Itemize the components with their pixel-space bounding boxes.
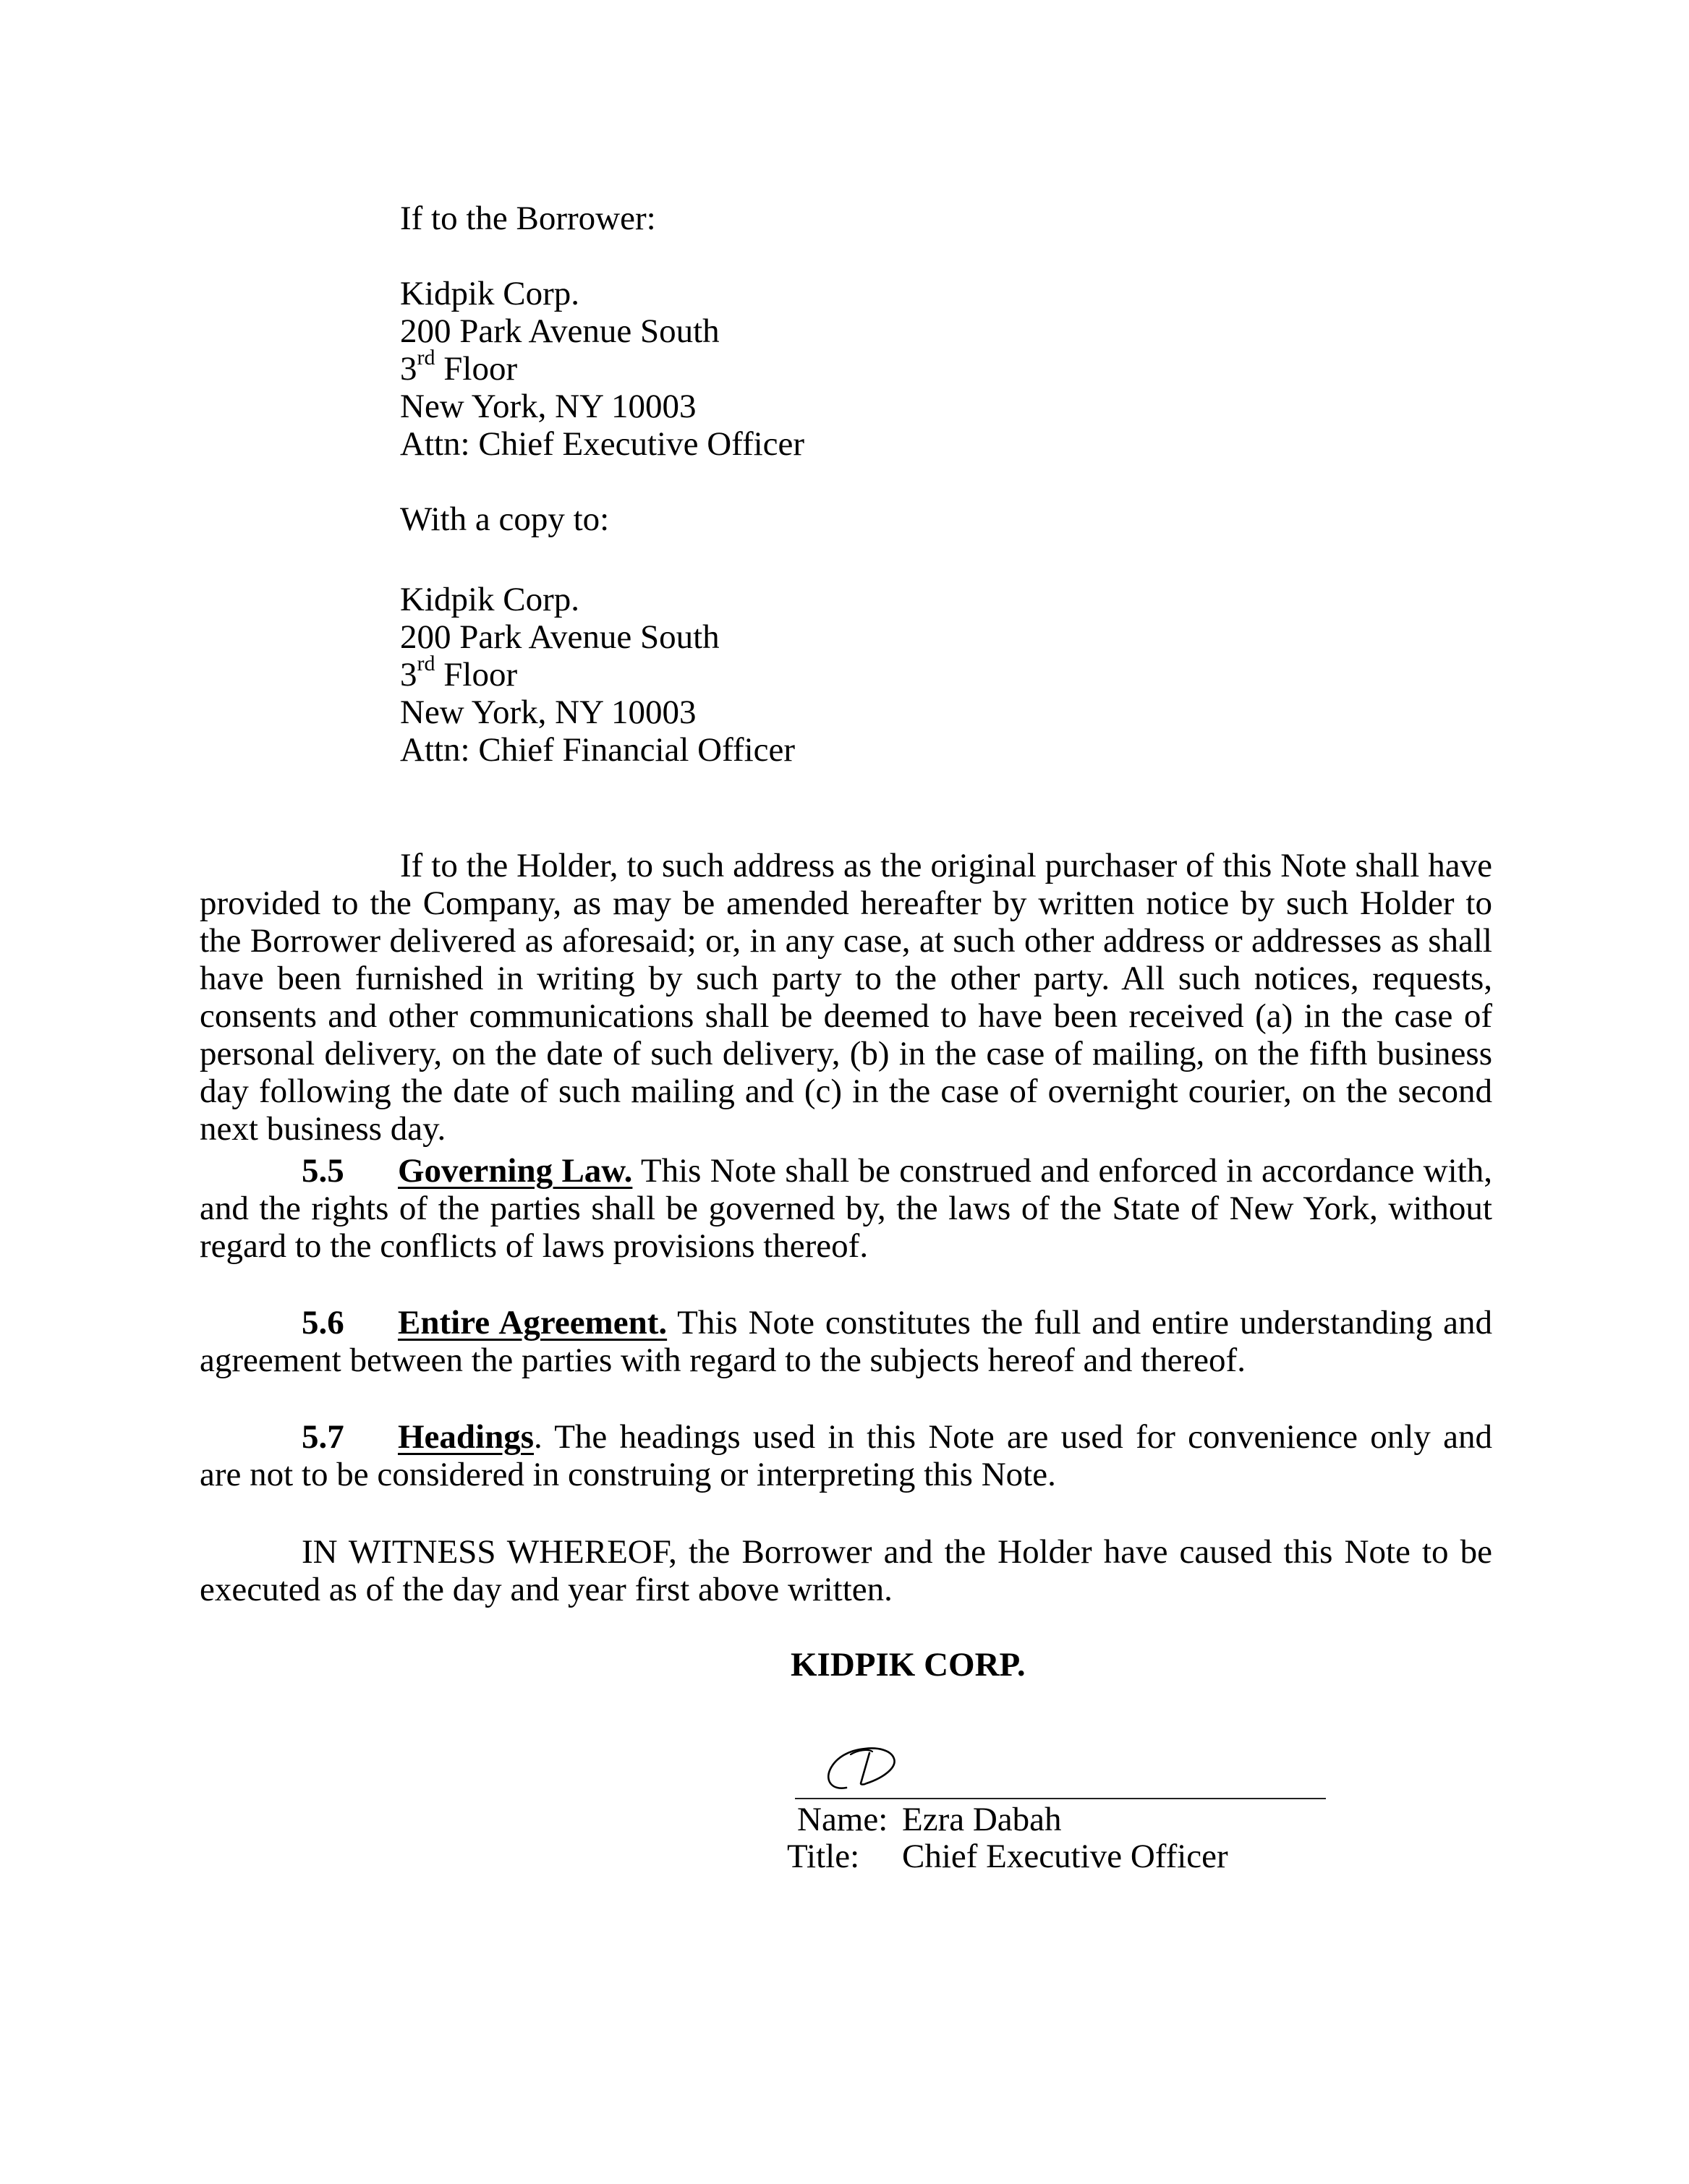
borrower-address: Kidpik Corp. 200 Park Avenue South 3rd F… [400,275,804,463]
floor-number: 3 [400,350,417,388]
section-heading: Governing Law. [398,1152,632,1190]
handwritten-signature-icon [825,1743,904,1793]
address-city-state-zip: New York, NY 10003 [400,694,795,731]
section-governing-law: 5.5Governing Law. This Note shall be con… [200,1152,1492,1265]
floor-number: 3 [400,656,417,694]
floor-word: Floor [435,656,518,694]
borrower-heading-text: If to the Borrower: [400,200,656,237]
title-label: Title: [787,1838,859,1875]
section-headings: 5.7Headings. The headings used in this N… [200,1418,1492,1493]
name-value: Ezra Dabah [902,1801,1062,1838]
address-city-state-zip: New York, NY 10003 [400,388,804,425]
section-heading: Headings [398,1418,534,1456]
borrower-notice-heading: If to the Borrower: [400,200,656,237]
name-label: Name: [797,1801,888,1838]
address-street: 200 Park Avenue South [400,312,804,350]
section-number: 5.7 [302,1418,398,1456]
copy-notice-heading: With a copy to: [400,500,609,538]
address-attn: Attn: Chief Financial Officer [400,731,795,769]
floor-ordinal: rd [417,346,435,370]
signature-line [795,1798,1326,1799]
section-entire-agreement: 5.6Entire Agreement. This Note constitut… [200,1304,1492,1379]
address-floor: 3rd Floor [400,350,804,388]
holder-notice-paragraph: If to the Holder, to such address as the… [200,847,1492,1148]
copy-address: Kidpik Corp. 200 Park Avenue South 3rd F… [400,581,795,769]
title-value: Chief Executive Officer [902,1838,1228,1875]
section-number: 5.6 [302,1304,398,1341]
witness-paragraph: IN WITNESS WHEREOF, the Borrower and the… [200,1533,1492,1608]
section-heading: Entire Agreement. [398,1304,667,1341]
floor-ordinal: rd [417,652,435,675]
address-company: Kidpik Corp. [400,581,795,618]
address-attn: Attn: Chief Executive Officer [400,425,804,463]
address-street: 200 Park Avenue South [400,618,795,656]
floor-word: Floor [435,350,518,388]
copy-heading-text: With a copy to: [400,500,609,538]
address-company: Kidpik Corp. [400,275,804,312]
signatory-company: KIDPIK CORP. [791,1646,1026,1684]
section-heading-trailing: . [534,1418,543,1456]
address-floor: 3rd Floor [400,656,795,694]
document-page: If to the Borrower: Kidpik Corp. 200 Par… [0,0,1689,2184]
section-number: 5.5 [302,1152,398,1190]
